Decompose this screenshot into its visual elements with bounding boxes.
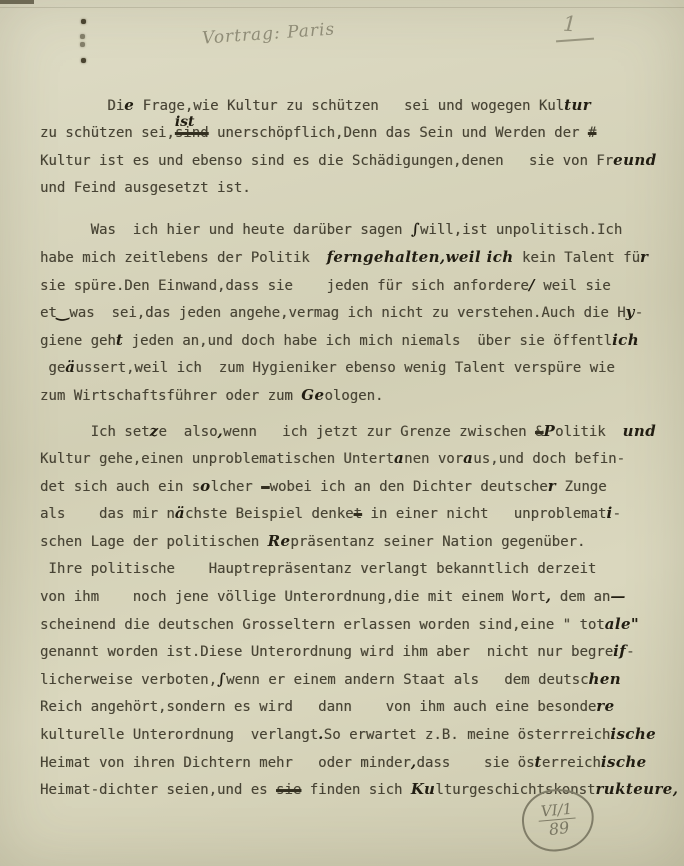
text-line: zum Wirtschaftsführer oder zum Geologen.: [40, 382, 672, 410]
text-line: Heimat von ihren Dichtern mehr oder mind…: [40, 749, 672, 777]
typed-text: -: [626, 644, 634, 660]
binding-dot: [80, 34, 85, 39]
binding-dot: [81, 58, 86, 63]
text-line: geäussert,weil ich zum Hygieniker ebenso…: [40, 354, 672, 382]
typed-text: jeden an,und doch habe ich mich niemals …: [123, 333, 612, 349]
ink-correction: ische: [610, 725, 656, 743]
text-line: Kultur ist es und ebenso sind es die Sch…: [40, 147, 672, 175]
ink-correction: o: [200, 477, 210, 495]
scan-edge-artifact: [0, 0, 34, 4]
ink-correction: ische: [601, 753, 647, 771]
ink-correction: r: [640, 248, 648, 266]
text-line: Kultur gehe,einen unproblematischen Unte…: [40, 445, 672, 473]
text-line: Reich angehört,sondern es wird dann von …: [40, 693, 672, 721]
text-line: schen Lage der politischen Repräsentanz …: [40, 528, 672, 556]
ink-correction: ich: [612, 331, 639, 349]
ink-correction: ä: [175, 504, 185, 522]
archive-stamp-denominator: 89: [548, 819, 570, 839]
ink-correction: ferngehalten,weil ich: [327, 248, 514, 266]
text-line: genannt worden ist.Diese Unterordnung wi…: [40, 638, 672, 666]
ink-correction: ä: [65, 358, 75, 376]
text-line: licherweise verboten,∫wenn er einem ande…: [40, 666, 672, 694]
typed-text: chste Beispiel denke: [185, 506, 354, 522]
typed-text: schen Lage der politischen: [40, 534, 268, 550]
typed-text: kulturelle Unterordnung verlangt: [40, 727, 318, 743]
ink-correction: Re: [268, 532, 291, 550]
typed-text: finden sich: [301, 782, 411, 798]
ink-correction: ‿: [57, 303, 69, 321]
ink-correction: eund: [613, 151, 656, 169]
typed-text: nen vor: [404, 451, 463, 467]
typed-text: habe mich zeitlebens der Politik: [40, 250, 327, 266]
typed-text: erreich: [542, 755, 601, 771]
typed-text: ge: [40, 360, 65, 376]
ink-correction: a: [463, 449, 473, 467]
text-line: Was ich hier und heute darüber sagen ∫wi…: [40, 216, 672, 244]
paper-crease: [0, 7, 684, 8]
ink-correction: ∫: [411, 220, 420, 238]
typescript-text: Die Frage,wie Kultur zu schützen sei und…: [40, 92, 672, 804]
ink-correction: if: [613, 642, 626, 660]
typed-text: et: [40, 305, 57, 321]
typed-text: als das mir n: [40, 506, 175, 522]
text-line: giene geht jeden an,und doch habe ich mi…: [40, 327, 672, 355]
ink-correction: e: [124, 96, 134, 114]
typed-text: licherweise verboten,: [40, 672, 217, 688]
text-line: kulturelle Unterordnung verlangt.So erwa…: [40, 721, 672, 749]
text-line: und Feind ausgesetzt ist.: [40, 175, 672, 203]
typed-text: -: [613, 506, 621, 522]
typed-text: unerschöpflich,Denn das Sein und Werden …: [209, 125, 588, 141]
typed-text: und Feind ausgesetzt ist.: [40, 180, 251, 196]
page-number-underline: [556, 38, 594, 43]
typed-text: sie spüre.Den Einwand,dass sie jeden für…: [40, 278, 529, 294]
typed-text: will,ist unpolitisch.Ich: [420, 222, 622, 238]
ink-correction: rukteure,: [595, 780, 678, 798]
typed-text: e also: [159, 424, 218, 440]
typed-text: Di: [40, 98, 124, 114]
typed-text: Ich set: [40, 424, 150, 440]
typed-text: lcher: [211, 479, 262, 495]
ink-correction: t: [535, 753, 542, 771]
typed-text: wenn ich jetzt zur Grenze zwischen: [223, 424, 535, 440]
typed-text: Ihre politische Hauptrepräsentanz verlan…: [40, 561, 596, 577]
document-page: Vortrag: Paris 1 Die Frage,wie Kultur zu…: [0, 0, 684, 866]
typed-text: wenn er einem andern Staat als dem deuts…: [226, 672, 588, 688]
typed-text: in einer nicht unproblemat: [362, 506, 606, 522]
typed-text: Frage,wie Kultur zu schützen sei und wog…: [134, 98, 564, 114]
typed-text: Was ich hier und heute darüber sagen: [40, 222, 411, 238]
typed-text: olitik: [555, 424, 622, 440]
typed-text: zu schützen sei,: [40, 125, 175, 141]
struck-text: #: [588, 125, 596, 141]
ink-correction: Ge: [301, 386, 324, 404]
typed-text: dem an: [551, 589, 610, 605]
ink-correction: re: [596, 697, 614, 715]
typed-text: kein Talent fü: [514, 250, 640, 266]
text-line: als das mir nächste Beispiel denket in e…: [40, 500, 672, 528]
ink-correction: —: [610, 587, 625, 605]
typed-text: So erwartet z.B. meine österrreich: [324, 727, 611, 743]
typed-text: von ihm noch jene völlige Unterordnung,d…: [40, 589, 546, 605]
text-line: sie spüre.Den Einwand,dass sie jeden für…: [40, 272, 672, 300]
page-number: 1: [562, 12, 577, 37]
typed-text: scheinend die deutschen Grosseltern erla…: [40, 617, 605, 633]
typed-text: ologen.: [324, 388, 383, 404]
ink-correction: Ku: [411, 780, 435, 798]
ink-correction: und: [623, 422, 657, 440]
typed-text: präsentanz seiner Nation gegenüber.: [290, 534, 585, 550]
struck-text: t: [354, 506, 362, 522]
typed-text: genannt worden ist.Diese Unterordnung wi…: [40, 644, 613, 660]
typed-text: Heimat-dichter seien,und es: [40, 782, 276, 798]
typed-text: us,und doch befin-: [473, 451, 625, 467]
typed-text: -: [635, 305, 643, 321]
text-line: Ich setze also,wenn ich jetzt zur Grenze…: [40, 418, 672, 446]
typed-text: weil sie: [535, 278, 611, 294]
typed-text: Zunge: [556, 479, 607, 495]
typed-text: Heimat von ihren Dichtern mehr oder mind…: [40, 755, 411, 771]
typed-text: det sich auch ein s: [40, 479, 200, 495]
typed-text: dass sie ös: [417, 755, 535, 771]
ink-correction: y: [626, 303, 635, 321]
text-line: zu schützen sei,istsind unerschöpflich,D…: [40, 120, 672, 148]
typed-text: zum Wirtschaftsführer oder zum: [40, 388, 301, 404]
binding-dot: [81, 19, 86, 24]
struck-text: sie: [276, 782, 301, 798]
ink-correction: P: [543, 422, 555, 440]
typed-text: Kultur gehe,einen unproblematischen Unte…: [40, 451, 394, 467]
struck-text: —: [261, 479, 269, 495]
ink-correction: tur: [564, 96, 591, 114]
typed-text: was sei,das jeden angehe,vermag ich nich…: [69, 305, 625, 321]
typed-text: giene geh: [40, 333, 116, 349]
text-line: Die Frage,wie Kultur zu schützen sei und…: [40, 92, 672, 120]
ink-correction: ∫: [217, 670, 226, 688]
text-line: scheinend die deutschen Grosseltern erla…: [40, 611, 672, 639]
text-line: Ihre politische Hauptrepräsentanz verlan…: [40, 556, 672, 584]
ink-correction: r: [548, 477, 556, 495]
text-line: von ihm noch jene völlige Unterordnung,d…: [40, 583, 672, 611]
text-line: et‿was sei,das jeden angehe,vermag ich n…: [40, 299, 672, 327]
binding-dot: [80, 42, 85, 47]
text-line: det sich auch ein solcher —wobei ich an …: [40, 473, 672, 501]
typed-text: Reich angehört,sondern es wird dann von …: [40, 699, 596, 715]
typed-text: ussert,weil ich zum Hygieniker ebenso we…: [75, 360, 614, 376]
typed-text: Kultur ist es und ebenso sind es die Sch…: [40, 153, 613, 169]
typed-text: wobei ich an den Dichter deutsche: [270, 479, 548, 495]
archive-stamp-numerator: VI/1: [538, 800, 577, 821]
ink-correction: hen: [589, 670, 622, 688]
text-line: habe mich zeitlebens der Politik ferngeh…: [40, 244, 672, 272]
ink-correction: a: [394, 449, 404, 467]
handwritten-header-note: Vortrag: Paris: [201, 19, 335, 48]
ink-correction: ale": [605, 615, 639, 633]
ink-correction: z: [150, 422, 159, 440]
